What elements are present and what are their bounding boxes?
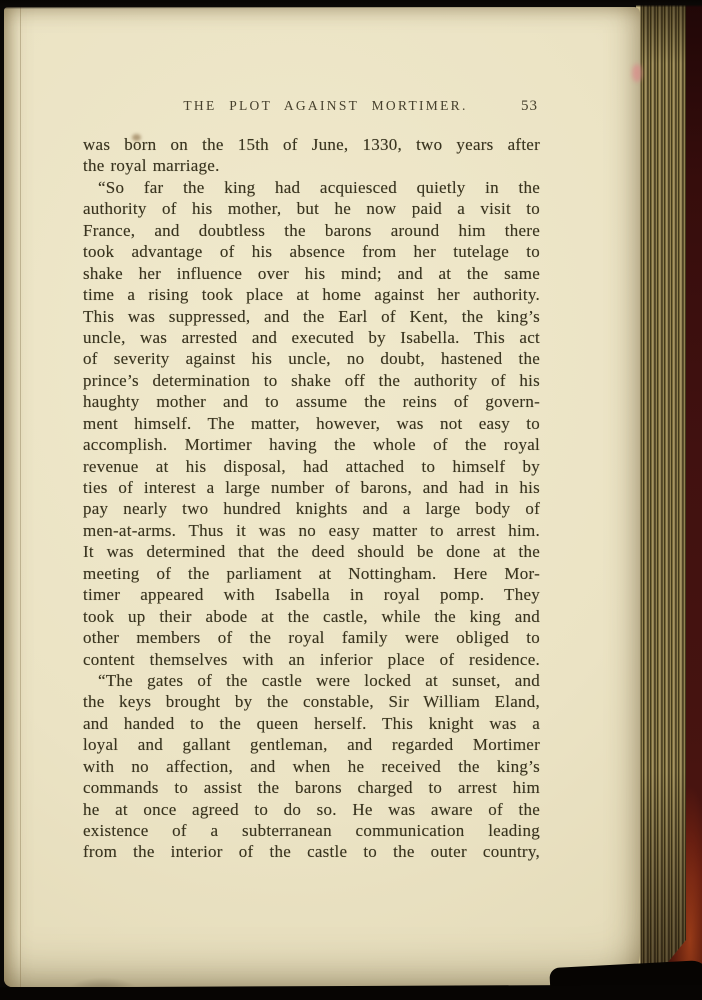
text-line: took advantage of his absence from her t… bbox=[83, 241, 540, 262]
text-line: revenue at his disposal, had attached to… bbox=[83, 456, 540, 477]
text-line: “The gates of the castle were locked at … bbox=[83, 670, 540, 691]
text-line: existence of a subterranean communicatio… bbox=[83, 820, 540, 841]
text-line: It was determined that the deed should b… bbox=[83, 541, 540, 562]
text-line: timer appeared with Isabella in royal po… bbox=[83, 584, 540, 605]
running-header: THE PLOT AGAINST MORTIMER. 53 bbox=[83, 98, 540, 118]
book-photo: THE PLOT AGAINST MORTIMER. 53 was born o… bbox=[0, 0, 702, 1000]
text-line: meeting of the parliament at Nottingham.… bbox=[83, 563, 540, 584]
text-line: authority of his mother, but he now paid… bbox=[83, 198, 540, 219]
page-edges bbox=[636, 5, 686, 987]
ink-speck bbox=[132, 134, 141, 141]
text-line: This was suppressed, and the Earl of Ken… bbox=[83, 306, 540, 327]
text-line: loyal and gallant gentleman, and regarde… bbox=[83, 734, 540, 755]
text-line: time a rising took place at home against… bbox=[83, 284, 540, 305]
page-body: was born on the 15th of June, 1330, two … bbox=[83, 134, 540, 863]
page-gutter bbox=[4, 7, 21, 987]
text-line: content themselves with an inferior plac… bbox=[83, 649, 540, 670]
text-line: pay nearly two hundred knights and a lar… bbox=[83, 498, 540, 519]
text-line: with no affection, and when he received … bbox=[83, 756, 540, 777]
text-line: he at once agreed to do so. He was aware… bbox=[83, 799, 540, 820]
photo-edge-bottom bbox=[0, 984, 702, 1000]
text-line: the keys brought by the constable, Sir W… bbox=[83, 691, 540, 712]
text-line: shake her influence over his mind; and a… bbox=[83, 263, 540, 284]
text-line: ment himself. The matter, however, was n… bbox=[83, 413, 540, 434]
text-line: ties of interest a large number of baron… bbox=[83, 477, 540, 498]
text-line: France, and doubtless the barons around … bbox=[83, 220, 540, 241]
text-line: from the interior of the castle to the o… bbox=[83, 841, 540, 862]
text-line: prince’s determination to shake off the … bbox=[83, 370, 540, 391]
pink-stain bbox=[632, 64, 642, 82]
text-line: accomplish. Mortimer having the whole of… bbox=[83, 434, 540, 455]
text-line: uncle, was arrested and executed by Isab… bbox=[83, 327, 540, 348]
text-line: “So far the king had acquiesced quietly … bbox=[83, 177, 540, 198]
text-line: haughty mother and to assume the reins o… bbox=[83, 391, 540, 412]
text-line: commands to assist the barons charged to… bbox=[83, 777, 540, 798]
text-line: was born on the 15th of June, 1330, two … bbox=[83, 134, 540, 155]
page-number: 53 bbox=[521, 98, 538, 115]
text-line: other members of the royal family were o… bbox=[83, 627, 540, 648]
text-line: and handed to the queen herself. This kn… bbox=[83, 713, 540, 734]
print-area: THE PLOT AGAINST MORTIMER. 53 was born o… bbox=[83, 7, 540, 987]
text-line: the royal marriage. bbox=[83, 155, 540, 176]
book-page: THE PLOT AGAINST MORTIMER. 53 was born o… bbox=[4, 7, 640, 987]
text-line: men-at-arms. Thus it was no easy matter … bbox=[83, 520, 540, 541]
running-head-title: THE PLOT AGAINST MORTIMER. bbox=[97, 98, 554, 114]
text-line: of severity against his uncle, no doubt,… bbox=[83, 348, 540, 369]
text-line: took up their abode at the castle, while… bbox=[83, 606, 540, 627]
